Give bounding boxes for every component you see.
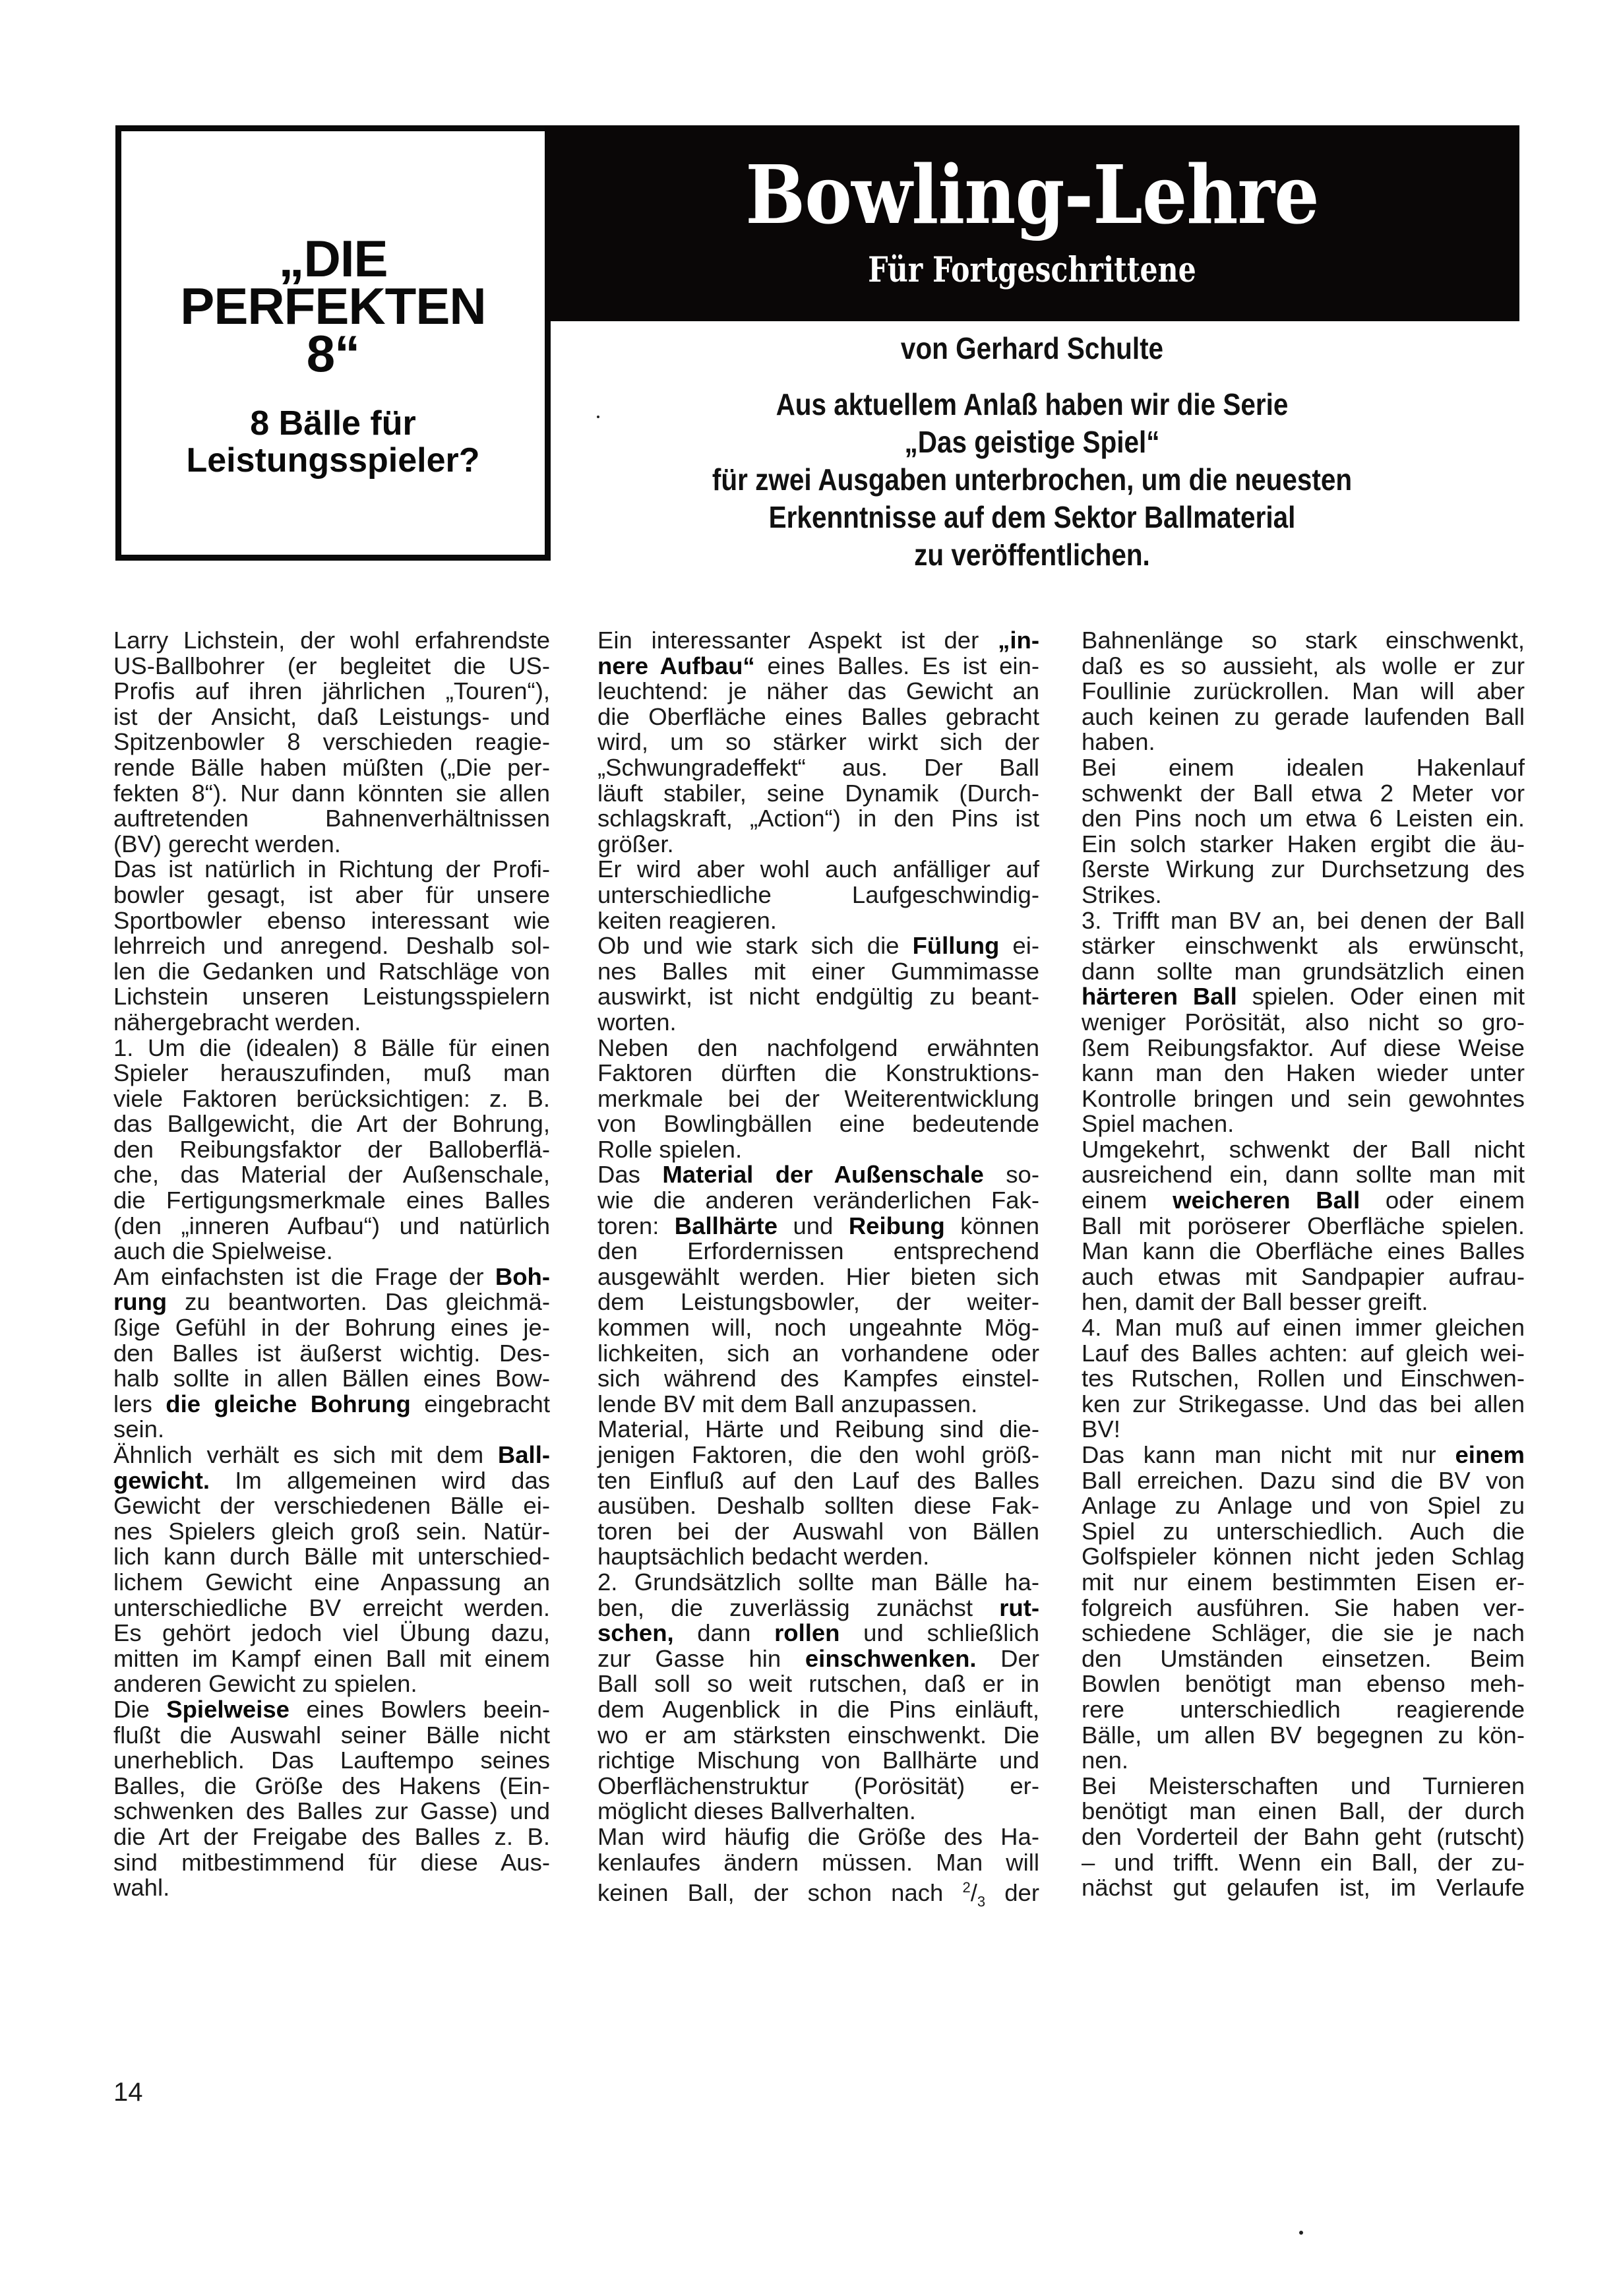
text-line: sich während des Kampfes einstel- [597, 1366, 1039, 1392]
text-line: Strikes. [1082, 883, 1525, 908]
text-line: jenigen Faktoren, die den wohl größ- [597, 1443, 1039, 1468]
body-text: Ähnlich verhält es sich mit dem [113, 1441, 498, 1468]
text-line: Spiel machen. [1082, 1111, 1525, 1137]
text-line: Gewicht der verschiedenen Bälle ei- [113, 1493, 550, 1519]
body-text: Bei Meisterschaften und Turnieren [1082, 1772, 1525, 1799]
text-line: flußt die Auswahl seiner Bälle nicht [113, 1723, 550, 1749]
body-text: ßige Gefühl in der Bohrung eines je- [113, 1314, 550, 1341]
text-line: che, das Material der Außenschale, [113, 1162, 550, 1188]
text-line: ßige Gefühl in der Bohrung eines je- [113, 1315, 550, 1341]
text-line: „Schwungradeffekt“ aus. Der Ball [597, 755, 1039, 781]
text-line: Ein solch starker Haken ergibt die äu- [1082, 832, 1525, 857]
text-line: wird, um so stärker wirkt sich der [597, 729, 1039, 755]
body-column-1: Larry Lichstein, der wohl erfahrendsteUS… [113, 628, 550, 1901]
text-line: Bowlen benötigt man ebenso meh- [1082, 1671, 1525, 1697]
text-line: Das kann man nicht mit nur einem [1082, 1443, 1525, 1468]
body-text: tes Rutschen, Rollen und Einschwen- [1082, 1365, 1525, 1392]
text-line: ausgewählt werden. Hier bieten sich [597, 1264, 1039, 1290]
text-line: schwenken des Balles zur Gasse) und [113, 1799, 550, 1824]
text-line: den Umständen einsetzen. Beim [1082, 1646, 1525, 1672]
body-text: Bei einem idealen Hakenlauf [1082, 754, 1525, 781]
body-text: BV! [1082, 1415, 1120, 1443]
text-line: rung zu beantworten. Das gleichmä- [113, 1289, 550, 1315]
body-text: auswirkt, ist nicht endgültig zu beant- [597, 983, 1039, 1010]
box-subheadline: 8 Bälle für Leistungsspieler? [121, 405, 545, 479]
emphasis-text: Ball- [498, 1441, 550, 1468]
text-line: schen, dann rollen und schließlich [597, 1621, 1039, 1646]
text-line: Ob und wie stark sich die Füllung ei- [597, 933, 1039, 959]
body-text: die Oberfläche eines Balles gebracht [597, 703, 1039, 730]
body-text: unterschiedliche BV erreicht werden. [113, 1594, 550, 1621]
body-text: eingebracht [411, 1390, 550, 1417]
body-text: lehrreich und anregend. Deshalb sol- [113, 932, 550, 959]
body-text: Ball soll so weit rutschen, daß er in [597, 1670, 1039, 1697]
author-byline: von Gerhard Schulte [603, 330, 1461, 367]
text-line: nere Aufbau“ eines Balles. Es ist ein- [597, 654, 1039, 679]
text-line: gewicht. Im allgemeinen wird das [113, 1468, 550, 1494]
body-text: zur Gasse hin [597, 1645, 805, 1672]
body-text: 1. Um die (idealen) 8 Bälle für einen [113, 1034, 550, 1061]
body-text: größer. [597, 830, 674, 857]
text-line: weniger Porösität, also nicht so gro- [1082, 1010, 1525, 1036]
text-line: 1. Um die (idealen) 8 Bälle für einen [113, 1036, 550, 1061]
text-line: toren bei der Auswahl von Bällen [597, 1519, 1039, 1545]
body-text: jenigen Faktoren, die den wohl größ- [597, 1441, 1039, 1468]
body-text: kann man den Haken wieder unter [1082, 1059, 1525, 1086]
body-text: Strikes. [1082, 881, 1162, 908]
body-text: zu beantworten. Das gleichmä- [167, 1288, 550, 1315]
article-title: Bowling-Lehre [603, 152, 1461, 237]
body-text: haben. [1082, 728, 1155, 755]
emphasis-text: Füllung [913, 932, 1000, 959]
body-text: ßem Reibungsfaktor. Auf diese Weise [1082, 1034, 1525, 1061]
body-text: Das [597, 1161, 662, 1188]
body-text: weniger Porösität, also nicht so gro- [1082, 1008, 1525, 1036]
text-line: Es gehört jedoch viel Übung dazu, [113, 1621, 550, 1646]
text-line: benötigt man einen Ball, der durch [1082, 1799, 1525, 1824]
text-line: ist der Ansicht, daß Leistungs- und [113, 704, 550, 730]
text-line: Foullinie zurückrollen. Man will aber [1082, 679, 1525, 704]
text-line: nächst gut gelaufen ist, im Verlaufe [1082, 1875, 1525, 1901]
text-line: worten. [597, 1010, 1039, 1036]
body-text: schiedene Schläger, die sie je nach [1082, 1619, 1525, 1646]
text-line: ßem Reibungsfaktor. Auf diese Weise [1082, 1036, 1525, 1061]
body-text: – und trifft. Wenn ein Ball, der zu- [1082, 1849, 1525, 1876]
body-text: wo er am stärksten einschwenkt. Die [597, 1722, 1039, 1749]
body-column-2: Ein interessanter Aspekt ist der „in-ner… [597, 628, 1039, 1901]
body-text: unerheblich. Das Lauftempo seines [113, 1747, 550, 1774]
text-line: möglicht dieses Ballverhalten. [597, 1799, 1039, 1824]
intro-lede: Aus aktuellem Anlaß haben wir die Serie … [603, 386, 1461, 574]
text-line: das Ballgewicht, die Art der Bohrung, [113, 1111, 550, 1137]
text-line: den Pins noch um etwa 6 Leisten ein. [1082, 806, 1525, 832]
emphasis-text: Spielweise [166, 1696, 290, 1723]
body-text: bowler gesagt, ist aber für unsere [113, 881, 550, 908]
text-line: sein. [113, 1417, 550, 1443]
text-line: wahl. [113, 1875, 550, 1901]
body-text: Ein interessanter Aspekt ist der [597, 627, 998, 654]
page-number: 14 [113, 2078, 143, 2107]
text-line: 3. Trifft man BV an, bei denen der Ball [1082, 908, 1525, 934]
body-text: eines Balles. Es ist ein- [755, 652, 1039, 679]
text-line: daß es so aussieht, als wolle er zur [1082, 654, 1525, 679]
text-line: Material, Härte und Reibung sind die- [597, 1417, 1039, 1443]
body-text: rende Bälle haben müßten („Die per- [113, 754, 550, 781]
body-text: 3. Trifft man BV an, bei denen der Ball [1082, 907, 1525, 934]
text-line: Lichstein unseren Leistungsspielern [113, 984, 550, 1010]
body-text: auftretenden Bahnenverhältnissen [113, 805, 550, 832]
body-text: toren bei der Auswahl von Bällen [597, 1518, 1039, 1545]
body-text: Balles, die Größe des Hakens (Ein- [113, 1772, 550, 1799]
body-text: wahl. [113, 1874, 169, 1901]
text-line: einem weicheren Ball oder einem [1082, 1188, 1525, 1214]
text-line: rende Bälle haben müßten („Die per- [113, 755, 550, 781]
body-text: Sportbowler ebenso interessant wie [113, 907, 550, 934]
body-text: merkmale bei der Weiterentwicklung [597, 1085, 1039, 1112]
text-line: anderen Gewicht zu spielen. [113, 1671, 550, 1697]
text-line: Lauf des Balles achten: auf gleich wei- [1082, 1341, 1525, 1367]
body-text: Ball erreichen. Dazu sind die BV von [1082, 1467, 1525, 1494]
body-text: den Umständen einsetzen. Beim [1082, 1645, 1525, 1672]
text-line: lichem Gewicht eine Anpassung an [113, 1570, 550, 1596]
text-line: Sportbowler ebenso interessant wie [113, 908, 550, 934]
body-text: kommen will, noch ungeahnte Mög- [597, 1314, 1039, 1341]
text-line: 2. Grundsätzlich sollte man Bälle ha- [597, 1570, 1039, 1596]
emphasis-text: Reibung [849, 1212, 945, 1239]
text-line: bowler gesagt, ist aber für unsere [113, 883, 550, 908]
body-text: Material, Härte und Reibung sind die- [597, 1415, 1039, 1443]
body-text: Im allgemeinen wird das [210, 1467, 550, 1494]
text-line: auch keinen zu gerade laufenden Ball [1082, 704, 1525, 730]
text-line: ßerste Wirkung zur Durchsetzung des [1082, 857, 1525, 883]
box-subheadline-line: Leistungsspieler? [121, 442, 545, 479]
text-line: Spiel zu unterschiedlich. Auch die [1082, 1519, 1525, 1545]
text-line: dem Augenblick in die Pins einläuft, [597, 1697, 1039, 1723]
body-text: Faktoren dürften die Konstruktions- [597, 1059, 1039, 1086]
text-line: stärker einschwenkt als erwünscht, [1082, 933, 1525, 959]
intro-line: „Das geistige Spiel“ [603, 423, 1461, 461]
text-line: merkmale bei der Weiterentwicklung [597, 1086, 1039, 1112]
body-text: mit nur einem bestimmten Eisen er- [1082, 1568, 1525, 1596]
body-text: worten. [597, 1008, 677, 1036]
body-text: spielen. Oder einen mit [1237, 983, 1525, 1010]
body-text: von Bowlingbällen eine bedeutende [597, 1110, 1039, 1137]
text-line: nes Balles mit einer Gummimasse [597, 959, 1039, 985]
text-line: ten Einfluß auf den Lauf des Balles [597, 1468, 1039, 1494]
body-text: ben, die zuverlässig zunächst [597, 1594, 999, 1621]
text-line: wie die anderen veränderlichen Fak- [597, 1188, 1039, 1214]
text-line: Spitzenbowler 8 verschieden reagie- [113, 729, 550, 755]
body-text: (den „inneren Aufbau“) und natürlich [113, 1212, 550, 1239]
body-text: Gewicht der verschiedenen Bälle ei- [113, 1492, 550, 1519]
body-text: ten Einfluß auf den Lauf des Balles [597, 1467, 1039, 1494]
body-text: Rolle spielen. [597, 1136, 742, 1163]
intro-line: zu veröffentlichen. [603, 536, 1461, 574]
text-line: tes Rutschen, Rollen und Einschwen- [1082, 1366, 1525, 1392]
body-text: lichkeiten, sich an vorhandene oder [597, 1340, 1039, 1367]
text-line: hauptsächlich bedacht werden. [597, 1544, 1039, 1570]
text-line: mitten im Kampf einen Ball mit einem [113, 1646, 550, 1672]
text-line: dann sollte man grundsätzlich einen [1082, 959, 1525, 985]
body-text: so- [984, 1161, 1039, 1188]
text-line: Er wird aber wohl auch anfälliger auf [597, 857, 1039, 883]
text-line: die Oberfläche eines Balles gebracht [597, 704, 1039, 730]
text-line: US-Ballbohrer (er begleitet die US- [113, 654, 550, 679]
text-line: den Balles ist äußerst wichtig. Des- [113, 1341, 550, 1367]
body-text: 2. Grundsätzlich sollte man Bälle ha- [597, 1568, 1039, 1596]
body-text: US-Ballbohrer (er begleitet die US- [113, 652, 550, 679]
article-subtitle: Für Fortgeschrittene [632, 251, 1432, 290]
body-text: mitten im Kampf einen Ball mit einem [113, 1645, 550, 1672]
body-text: Man kann die Oberfläche eines Balles [1082, 1237, 1525, 1264]
box-headline: „DIE PERFEKTEN 8“ [121, 235, 545, 377]
text-line: Larry Lichstein, der wohl erfahrendste [113, 628, 550, 654]
body-text: Oberflächenstruktur (Porösität) er- [597, 1772, 1039, 1799]
box-subheadline-line: 8 Bälle für [121, 405, 545, 442]
text-line: Am einfachsten ist die Frage der Boh- [113, 1264, 550, 1290]
body-text: dem Augenblick in die Pins einläuft, [597, 1696, 1039, 1723]
emphasis-text: Ballhärte [675, 1212, 778, 1239]
body-text: auch die Spielweise. [113, 1237, 333, 1264]
text-line: ken zur Strikegasse. Und das bei allen [1082, 1392, 1525, 1417]
body-text: keinen Ball, der schon nach [597, 1879, 962, 1906]
body-text: Spieler herauszufinden, muß man [113, 1059, 550, 1086]
text-line: nes Spielers gleich groß sein. Natür- [113, 1519, 550, 1545]
text-line: Balles, die Größe des Hakens (Ein- [113, 1774, 550, 1799]
text-line: folgreich ausführen. Sie haben ver- [1082, 1596, 1525, 1621]
body-text: ausgewählt werden. Hier bieten sich [597, 1263, 1039, 1290]
body-text: Umgekehrt, schwenkt der Ball nicht [1082, 1136, 1525, 1163]
text-line: Faktoren dürften die Konstruktions- [597, 1061, 1039, 1086]
text-line: unterschiedliche Laufgeschwindig- [597, 883, 1039, 908]
text-line: mit nur einem bestimmten Eisen er- [1082, 1570, 1525, 1596]
body-text: Neben den nachfolgend erwähnten [597, 1034, 1039, 1061]
body-text: Spitzenbowler 8 verschieden reagie- [113, 728, 550, 755]
text-line: (BV) gerecht werden. [113, 832, 550, 857]
text-line: haben. [1082, 729, 1525, 755]
text-line: dem Leistungsbowler, der weiter- [597, 1289, 1039, 1315]
body-text: schwenkt der Ball etwa 2 Meter vor [1082, 780, 1525, 807]
body-text: sich während des Kampfes einstel- [597, 1365, 1039, 1392]
text-line: wo er am stärksten einschwenkt. Die [597, 1723, 1039, 1749]
body-text: Profis auf ihren jährlichen „Touren“), [113, 677, 550, 704]
body-text: daß es so aussieht, als wolle er zur [1082, 652, 1525, 679]
text-line: ausreichend ein, dann sollte man mit [1082, 1162, 1525, 1188]
text-line: Man wird häufig die Größe des Ha- [597, 1824, 1039, 1850]
text-line: Das ist natürlich in Richtung der Profi- [113, 857, 550, 883]
text-line: auswirkt, ist nicht endgültig zu beant- [597, 984, 1039, 1010]
scan-speck [597, 416, 599, 418]
headline-box: „DIE PERFEKTEN 8“ 8 Bälle für Leistungss… [115, 125, 551, 561]
body-text: toren: [597, 1212, 675, 1239]
body-text: lers [113, 1390, 166, 1417]
text-line: Bei Meisterschaften und Turnieren [1082, 1774, 1525, 1799]
emphasis-text: „in- [998, 627, 1039, 654]
text-line: (den „inneren Aufbau“) und natürlich [113, 1214, 550, 1239]
body-text: lende BV mit dem Ball anzupassen. [597, 1390, 977, 1417]
body-text: folgreich ausführen. Sie haben ver- [1082, 1594, 1525, 1621]
emphasis-text: weicheren Ball [1173, 1187, 1360, 1214]
body-text: das Ballgewicht, die Art der Bohrung, [113, 1110, 550, 1137]
body-text: Der [977, 1645, 1039, 1672]
body-text: hen, damit der Ball besser greift. [1082, 1288, 1428, 1315]
text-line: Spieler herauszufinden, muß man [113, 1061, 550, 1086]
text-line: auftretenden Bahnenverhältnissen [113, 806, 550, 832]
title-banner: Bowling-Lehre Für Fortgeschrittene [545, 125, 1519, 321]
body-text: schwenken des Balles zur Gasse) und [113, 1797, 550, 1824]
intro-line: für zwei Ausgaben unterbrochen, um die n… [603, 461, 1461, 499]
body-text: dann [674, 1619, 774, 1646]
body-text: oder einem [1360, 1187, 1525, 1214]
body-text: viele Faktoren berücksichtigen: z. B. [113, 1085, 550, 1112]
body-text: den Pins noch um etwa 6 Leisten ein. [1082, 805, 1525, 832]
body-text: hauptsächlich bedacht werden. [597, 1543, 929, 1570]
text-line: nen. [1082, 1748, 1525, 1774]
body-text: nes Balles mit einer Gummimasse [597, 958, 1039, 985]
text-line: lehrreich und anregend. Deshalb sol- [113, 933, 550, 959]
body-text: nen. [1082, 1747, 1128, 1774]
text-line: lende BV mit dem Ball anzupassen. [597, 1392, 1039, 1417]
text-line: unerheblich. Das Lauftempo seines [113, 1748, 550, 1774]
text-line: lich kann durch Bälle mit unterschied- [113, 1544, 550, 1570]
body-text: Foullinie zurückrollen. Man will aber [1082, 677, 1525, 704]
body-text: dann sollte man grundsätzlich einen [1082, 958, 1525, 985]
body-text: nes Spielers gleich groß sein. Natür- [113, 1518, 550, 1545]
emphasis-text: Material der Außenschale [662, 1161, 983, 1188]
body-text: läuft stabiler, seine Dynamik (Durch- [597, 780, 1039, 807]
body-text: ist der Ansicht, daß Leistungs- und [113, 703, 550, 730]
body-text: nächst gut gelaufen ist, im Verlaufe [1082, 1874, 1525, 1901]
body-text: Ball mit poröserer Oberfläche spielen. [1082, 1212, 1525, 1239]
text-line: Ball soll so weit rutschen, daß er in [597, 1671, 1039, 1697]
text-line: schiedene Schläger, die sie je nach [1082, 1621, 1525, 1646]
text-line: Ein interessanter Aspekt ist der „in- [597, 628, 1039, 654]
body-column-3: Bahnenlänge so stark einschwenkt,daß es … [1082, 628, 1525, 1901]
body-text: der [985, 1879, 1039, 1906]
body-text: Am einfachsten ist die Frage der [113, 1263, 495, 1290]
text-line: den Vorderteil der Bahn geht (rutscht) [1082, 1824, 1525, 1850]
body-text: Man wird häufig die Größe des Ha- [597, 1823, 1039, 1850]
body-text: Es gehört jedoch viel Übung dazu, [113, 1619, 550, 1646]
body-text: sein. [113, 1415, 164, 1443]
emphasis-text: die gleiche Bohrung [166, 1390, 410, 1417]
text-line: unterschiedliche BV erreicht werden. [113, 1596, 550, 1621]
body-text: Die [113, 1696, 166, 1723]
text-line: Ähnlich verhält es sich mit dem Ball- [113, 1443, 550, 1468]
body-text: stärker einschwenkt als erwünscht, [1082, 932, 1525, 959]
text-line: Profis auf ihren jährlichen „Touren“), [113, 679, 550, 704]
intro-line: Erkenntnisse auf dem Sektor Ballmaterial [603, 499, 1461, 536]
body-text: den Reibungsfaktor der Balloberflä- [113, 1136, 550, 1163]
text-line: kann man den Haken wieder unter [1082, 1061, 1525, 1086]
text-line: Bahnenlänge so stark einschwenkt, [1082, 628, 1525, 654]
text-line: BV! [1082, 1417, 1525, 1443]
body-text: leuchtend: je näher das Gewicht an [597, 677, 1039, 704]
body-text: Er wird aber wohl auch anfälliger auf [597, 855, 1039, 883]
text-line: keiten reagieren. [597, 908, 1039, 934]
body-text: wird, um so stärker wirkt sich der [597, 728, 1039, 755]
text-line: den Reibungsfaktor der Balloberflä- [113, 1137, 550, 1163]
body-text: Das ist natürlich in Richtung der Profi- [113, 855, 550, 883]
text-line: ben, die zuverlässig zunächst rut- [597, 1596, 1039, 1621]
body-text: können [945, 1212, 1039, 1239]
body-text: Bowlen benötigt man ebenso meh- [1082, 1670, 1525, 1697]
text-line: Anlage zu Anlage und von Spiel zu [1082, 1493, 1525, 1519]
body-text: che, das Material der Außenschale, [113, 1161, 550, 1188]
emphasis-text: einem [1455, 1441, 1525, 1468]
body-text: und schließlich [840, 1619, 1039, 1646]
text-line: auch die Spielweise. [113, 1239, 550, 1264]
body-text: Bälle, um allen BV begegnen zu kön- [1082, 1722, 1525, 1749]
box-headline-line: „DIE [121, 235, 545, 282]
body-text: Anlage zu Anlage und von Spiel zu [1082, 1492, 1525, 1519]
fraction: 2/3 [962, 1879, 985, 1906]
body-text: Bahnenlänge so stark einschwenkt, [1082, 627, 1525, 654]
text-line: Bei einem idealen Hakenlauf [1082, 755, 1525, 781]
body-text: 4. Man muß auf einen immer gleichen [1082, 1314, 1525, 1341]
body-text: Lauf des Balles achten: auf gleich wei- [1082, 1340, 1525, 1367]
body-text: anderen Gewicht zu spielen. [113, 1670, 417, 1697]
intro-line: Aus aktuellem Anlaß haben wir die Serie [603, 386, 1461, 423]
body-text: einem [1082, 1187, 1173, 1214]
emphasis-text: rung [113, 1288, 167, 1315]
text-line: halb sollte in allen Bällen eines Bow- [113, 1366, 550, 1392]
box-headline-line: PERFEKTEN [121, 282, 545, 330]
text-line: größer. [597, 832, 1039, 857]
body-text: (BV) gerecht werden. [113, 830, 341, 857]
body-text: Ob und wie stark sich die [597, 932, 913, 959]
text-line: den Erfordernissen entsprechend [597, 1239, 1039, 1264]
text-line: hen, damit der Ball besser greift. [1082, 1289, 1525, 1315]
text-line: – und trifft. Wenn ein Ball, der zu- [1082, 1850, 1525, 1876]
text-line: Oberflächenstruktur (Porösität) er- [597, 1774, 1039, 1799]
text-line: Golfspieler können nicht jeden Schlag [1082, 1544, 1525, 1570]
text-line: läuft stabiler, seine Dynamik (Durch- [597, 781, 1039, 807]
body-text: Lichstein unseren Leistungsspielern [113, 983, 550, 1010]
body-text: die Fertigungsmerkmale eines Balles [113, 1187, 550, 1214]
text-line: von Bowlingbällen eine bedeutende [597, 1111, 1039, 1137]
text-line: lers die gleiche Bohrung eingebracht [113, 1392, 550, 1417]
text-line: schlagskraft, „Action“) in den Pins ist [597, 806, 1039, 832]
body-text: die Art der Freigabe des Balles z. B. [113, 1823, 550, 1850]
emphasis-text: Boh- [495, 1263, 550, 1290]
emphasis-text: nere Aufbau“ [597, 652, 755, 679]
emphasis-text: schen, [597, 1619, 674, 1646]
body-text: richtige Mischung von Ballhärte und [597, 1747, 1039, 1774]
body-text: benötigt man einen Ball, der durch [1082, 1797, 1525, 1824]
text-line: Ball mit poröserer Oberfläche spielen. [1082, 1214, 1525, 1239]
text-line: Neben den nachfolgend erwähnten [597, 1036, 1039, 1061]
text-line: auch etwas mit Sandpapier aufrau- [1082, 1264, 1525, 1290]
body-text: schlagskraft, „Action“) in den Pins ist [597, 805, 1039, 832]
body-text: Golfspieler können nicht jeden Schlag [1082, 1543, 1525, 1570]
text-line: keinen Ball, der schon nach 2/3 der [597, 1875, 1039, 1901]
text-line: len die Gedanken und Ratschläge von [113, 959, 550, 985]
text-line: leuchtend: je näher das Gewicht an [597, 679, 1039, 704]
text-line: 4. Man muß auf einen immer gleichen [1082, 1315, 1525, 1341]
body-text: den Erfordernissen entsprechend [597, 1237, 1039, 1264]
body-text: keiten reagieren. [597, 907, 777, 934]
emphasis-text: rut- [999, 1594, 1039, 1621]
body-text: den Vorderteil der Bahn geht (rutscht) [1082, 1823, 1525, 1850]
body-text: unterschiedliche Laufgeschwindig- [597, 881, 1039, 908]
text-line: Die Spielweise eines Bowlers beein- [113, 1697, 550, 1723]
text-line: Ball erreichen. Dazu sind die BV von [1082, 1468, 1525, 1494]
text-line: schwenkt der Ball etwa 2 Meter vor [1082, 781, 1525, 807]
emphasis-text: rollen [774, 1619, 840, 1646]
body-text: sind mitbestimmend für diese Aus- [113, 1849, 550, 1876]
body-text: kenlaufes ändern müssen. Man will [597, 1849, 1039, 1876]
